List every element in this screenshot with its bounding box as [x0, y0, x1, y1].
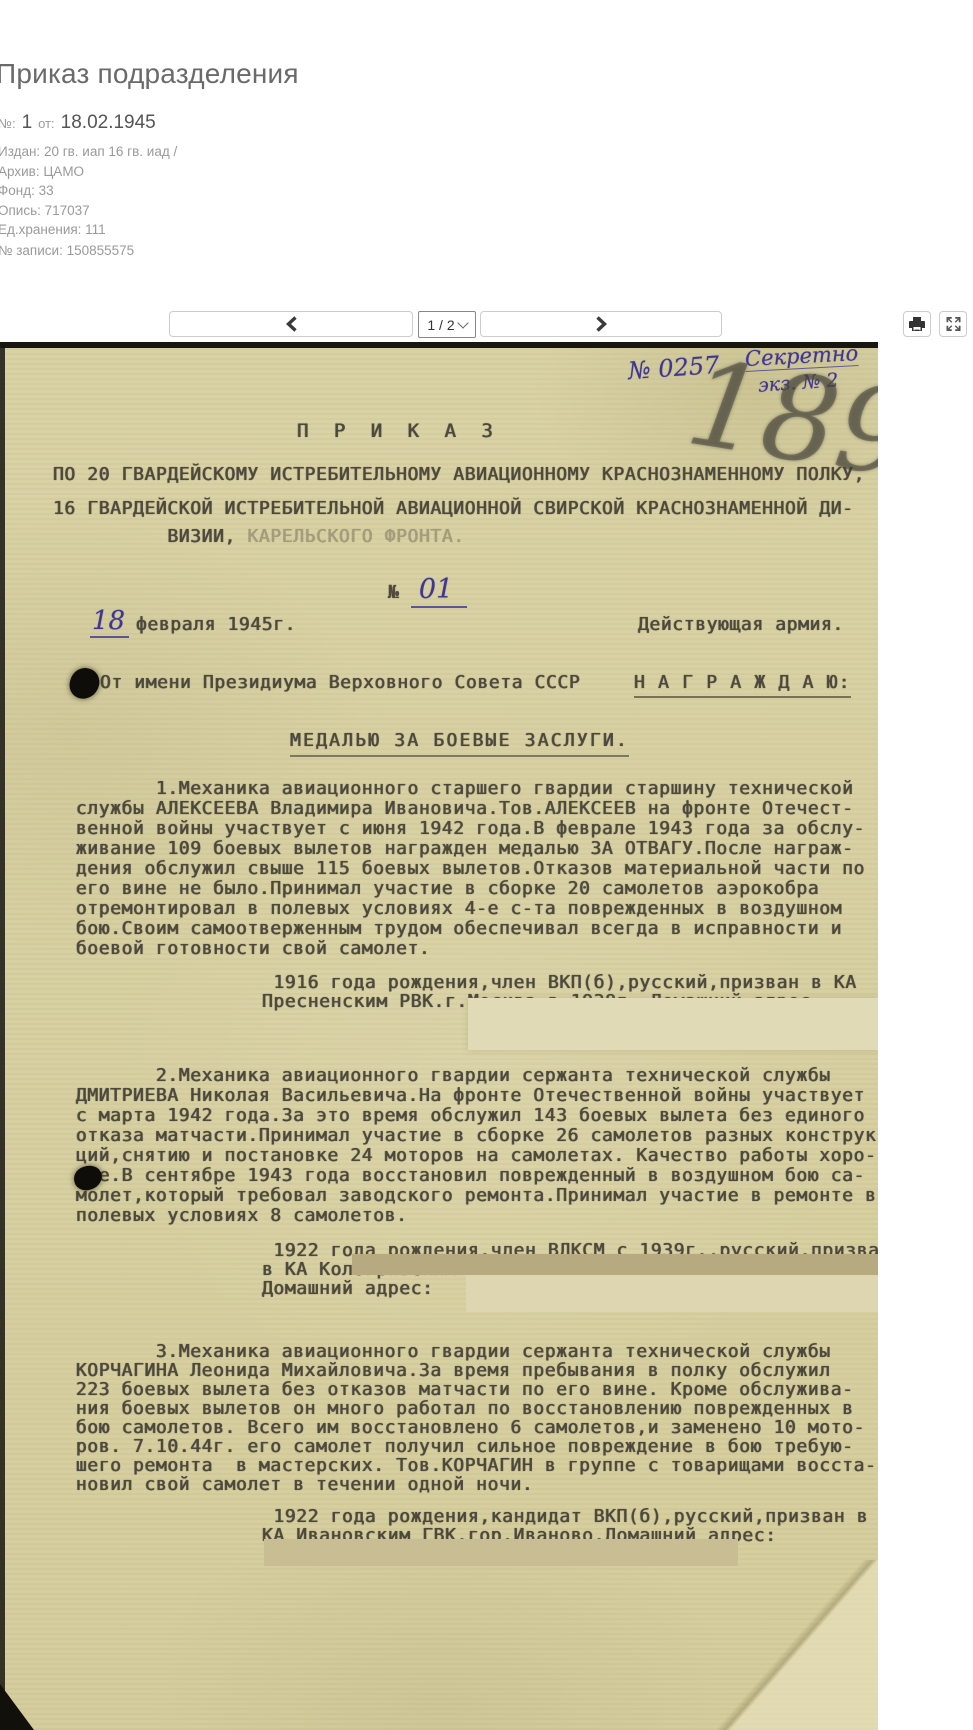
typed-line: 223 боевых вылета без отказов матчасти п…	[53, 1380, 878, 1399]
doc-no-label: №:	[0, 116, 16, 131]
paragraph-1: 1.Механика авиационного старшего гвардии…	[53, 779, 878, 959]
chevron-right-icon	[595, 316, 608, 332]
typed-line: живание 109 боевых вылетов награжден мед…	[53, 839, 878, 859]
typed-line: бою самолетов. Всего им восстановлено 6 …	[53, 1418, 878, 1437]
typed-line: службы АЛЕКСЕЕВА Владимира Ивановича.Тов…	[53, 799, 878, 819]
typed-line: ДМИТРИЕВА Николая Васильевича.На фронте …	[53, 1086, 878, 1106]
typed-line: ров. 7.10.44г. его самолет получил сильн…	[53, 1437, 878, 1456]
doc-number-line: №: 1 от: 18.02.1945	[0, 112, 156, 134]
typed-line: ПО 20 ГВАРДЕЙСКОМУ ИСТРЕБИТЕЛЬНОМУ АВИАЦ…	[53, 458, 878, 492]
hole-punch-top	[66, 665, 102, 702]
doc-meta-line: Опись: 717037	[0, 201, 177, 221]
page-select[interactable]: 1 / 2	[418, 311, 476, 338]
record-number: № записи: 150855575	[0, 243, 134, 258]
order-number-line: № 01	[388, 574, 467, 605]
typed-line: 1922 года рождения,кандидат ВКП(б),русск…	[262, 1507, 878, 1526]
typed-line: КОРЧАГИНА Леонида Михайловича.За время п…	[53, 1361, 878, 1380]
heading-front-faded: КАРЕЛЬСКОГО ФРОНТА.	[247, 526, 464, 547]
typed-month-year: февраля 1945г.	[136, 614, 296, 635]
doc-meta-line: Издан: 20 гв. иап 16 гв. иад /	[0, 142, 177, 162]
doc-no-value: 1	[22, 112, 33, 134]
redaction-block-2-light	[466, 1275, 878, 1312]
print-button[interactable]	[903, 311, 931, 337]
scan-corner-bottom-left	[0, 1684, 34, 1730]
typed-line: венной войны участвует с июня 1942 года.…	[53, 819, 878, 839]
page-header: Приказ подразделения	[0, 58, 299, 90]
award-verb: Н А Г Р А Ж Д А Ю:	[634, 672, 851, 698]
handwritten-order-no: 01	[411, 574, 467, 608]
typed-line: шее.В сентябре 1943 года восстановил пов…	[53, 1166, 878, 1186]
doc-from-label: от:	[38, 116, 55, 131]
chevron-down-icon	[457, 317, 468, 328]
typed-line: ций,снятию и постановке 24 моторов на са…	[53, 1146, 878, 1166]
typed-line: ния боевых вылетов он много работал по в…	[53, 1399, 878, 1418]
order-heading-lines: ПО 20 ГВАРДЕЙСКОМУ ИСТРЕБИТЕЛЬНОМУ АВИАЦ…	[53, 458, 878, 526]
prev-page-button[interactable]	[169, 311, 413, 337]
acting-army-label: Действующая армия.	[638, 614, 844, 635]
document-scan-viewer[interactable]: № 0257 Секретно экз. № 2 189 П Р И К А З…	[0, 342, 878, 1730]
typed-line: полевых условиях 8 самолетов.	[53, 1206, 878, 1226]
chevron-left-icon	[285, 316, 298, 332]
typed-line: его вине не было.Принимал участие в сбор…	[53, 879, 878, 899]
scan-edge-left	[0, 342, 5, 1730]
doc-meta-line: Архив: ЦАМО	[0, 162, 177, 182]
typed-line: дения обслужил свыше 115 боевых вылетов.…	[53, 859, 878, 879]
doc-date-value: 18.02.1945	[61, 112, 156, 134]
expand-icon	[946, 317, 961, 331]
handwritten-day: 18	[90, 606, 129, 638]
redaction-block-2-dark	[352, 1254, 878, 1275]
medal-title: МЕДАЛЬЮ ЗА БОЕВЫЕ ЗАСЛУГИ.	[290, 730, 629, 757]
page-select-value: 1 / 2	[427, 317, 454, 333]
typed-line: новил свой самолет в течении одной ночи.	[53, 1475, 878, 1494]
typed-line: 2.Механика авиационного гвардии сержанта…	[53, 1066, 878, 1086]
typed-line: 16 ГВАРДЕЙСКОЙ ИСТРЕБИТЕЛЬНОЙ АВИАЦИОННО…	[53, 492, 878, 526]
paper-fold-corner	[638, 1560, 878, 1730]
typed-line: с марта 1942 года.За это время обслужил …	[53, 1106, 878, 1126]
next-page-button[interactable]	[480, 311, 722, 337]
order-title: П Р И К А З	[297, 420, 500, 442]
doc-meta-line: Ед.хранения: 111	[0, 220, 177, 240]
order-no-label: №	[388, 582, 411, 603]
typed-line: отремонтировал в полевых условиях 4-е с-…	[53, 899, 878, 919]
typed-line: 3.Механика авиационного гвардии сержанта…	[53, 1342, 878, 1361]
heading-division: ВИЗИИ,	[53, 526, 247, 547]
printer-icon	[909, 317, 925, 332]
typed-line: 1916 года рождения,член ВКП(б),русский,п…	[262, 973, 878, 992]
fullscreen-button[interactable]	[939, 311, 967, 337]
award-preamble: От имени Президиума Верховного Совета СС…	[100, 672, 580, 693]
typed-line: бою.Своим самоотверженным трудом обеспеч…	[53, 919, 878, 939]
typed-line: боевой готовности свой самолет.	[53, 939, 878, 959]
doc-meta-list: Издан: 20 гв. иап 16 гв. иад /Архив: ЦАМ…	[0, 142, 177, 240]
paragraph-3: 3.Механика авиационного гвардии сержанта…	[53, 1342, 878, 1494]
paragraph-2: 2.Механика авиационного гвардии сержанта…	[53, 1066, 878, 1226]
typed-line: шего ремонта в мастерских. Тов.КОРЧАГИН …	[53, 1456, 878, 1475]
typed-line: молет,который требовал заводского ремонт…	[53, 1186, 878, 1206]
order-heading-line3: ВИЗИИ, КАРЕЛЬСКОГО ФРОНТА.	[53, 526, 465, 547]
typed-line: 1.Механика авиационного старшего гвардии…	[53, 779, 878, 799]
doc-meta-line: Фонд: 33	[0, 181, 177, 201]
redaction-block-1	[468, 998, 878, 1050]
page-title: Приказ подразделения	[0, 58, 299, 90]
typed-line: отказа матчасти.Принимал участие в сборк…	[53, 1126, 878, 1146]
